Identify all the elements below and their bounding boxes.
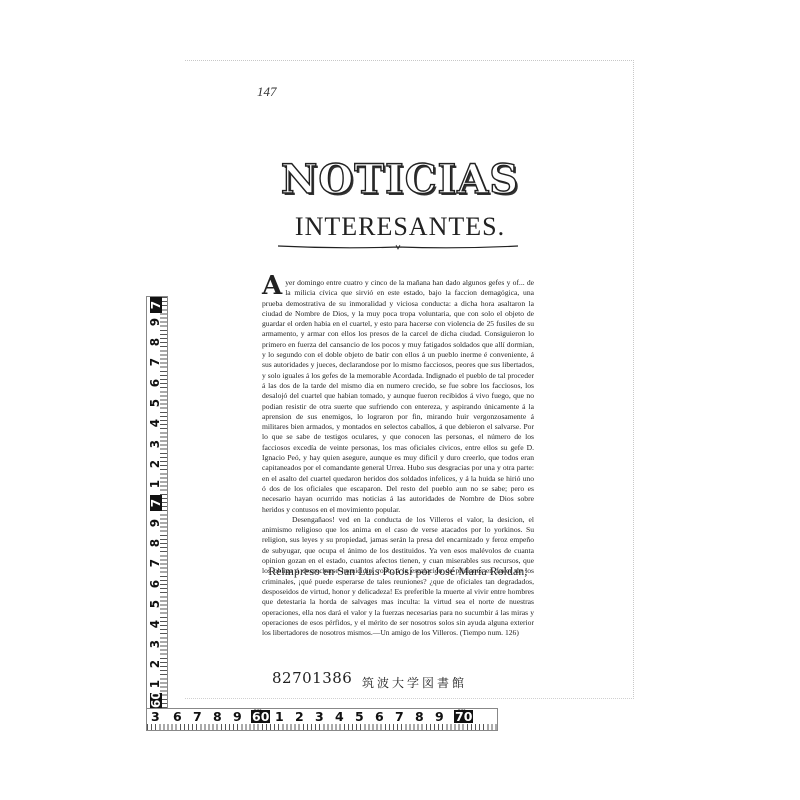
drop-cap: A bbox=[262, 276, 282, 296]
ruler-label: 4 bbox=[149, 416, 161, 430]
ruler-label: 3 bbox=[149, 437, 161, 451]
ruler-label: 8 bbox=[149, 536, 161, 550]
ruler-label: 9 bbox=[435, 710, 444, 723]
ruler-label: 9 bbox=[149, 516, 161, 530]
ruler-ticks bbox=[147, 724, 497, 730]
ruler-label: 60 bbox=[150, 693, 162, 709]
ruler-label: 2 bbox=[149, 657, 161, 671]
ruler-label: 9 bbox=[149, 315, 161, 329]
headline-title: NOTICIAS bbox=[270, 158, 530, 202]
ruler-label: 2 bbox=[295, 710, 304, 723]
ruler-label: 8 bbox=[213, 710, 222, 723]
headline-subtitle: INTERESANTES. bbox=[270, 212, 530, 242]
ruler-label: 6 bbox=[149, 376, 161, 390]
ruler-label: 3 bbox=[151, 710, 160, 723]
ruler-label: 8 bbox=[415, 710, 424, 723]
library-stamp: 筑波大学図書館 bbox=[362, 674, 467, 691]
ruler-label: 8 bbox=[149, 335, 161, 349]
ruler-label: 7 bbox=[149, 355, 161, 369]
ruler-label: 2 bbox=[149, 457, 161, 471]
ruler-label: 6 bbox=[375, 710, 384, 723]
ruler-label: 1 bbox=[275, 710, 284, 723]
ruler-label: 3 bbox=[315, 710, 324, 723]
folio-number: 147 bbox=[257, 84, 277, 100]
ruler-label: 7 bbox=[193, 710, 202, 723]
ruler-label: 6 bbox=[149, 577, 161, 591]
ruler-label: 5 bbox=[149, 597, 161, 611]
ruler-label: 1 bbox=[149, 677, 161, 691]
ruler-label: 6 bbox=[173, 710, 182, 723]
ruler-label: 70 bbox=[454, 710, 473, 723]
decorative-rule bbox=[278, 244, 518, 250]
ruler-label: 7 bbox=[150, 297, 162, 313]
ruler-label: 7 bbox=[149, 556, 161, 570]
scale-ruler-vertical: 7 9 8 7 6 5 4 3 2 1 7 9 8 7 6 5 4 3 2 1 … bbox=[146, 296, 168, 710]
ruler-label: 4 bbox=[149, 617, 161, 631]
ruler-label: 5 bbox=[149, 396, 161, 410]
ruler-label: 3 bbox=[149, 637, 161, 651]
imprint-line: Reimpreso en San Luis Potosí por José Ma… bbox=[262, 566, 534, 578]
article-body: Ayer domingo entre cuatro y cinco de la … bbox=[262, 278, 534, 638]
ruler-label: 60 bbox=[251, 710, 270, 723]
ruler-label: 5 bbox=[355, 710, 364, 723]
article-paragraph: Ayer domingo entre cuatro y cinco de la … bbox=[262, 278, 534, 515]
ruler-label: 1 bbox=[149, 477, 161, 491]
ruler-label: 7 bbox=[150, 495, 162, 511]
ruler-label: 7 bbox=[395, 710, 404, 723]
library-call-number: 82701386 bbox=[272, 669, 352, 687]
scale-ruler-horizontal: 3 6 7 8 9 cm 60 1 2 3 4 5 6 7 8 9 cm 70 bbox=[146, 708, 498, 731]
ruler-label: 9 bbox=[233, 710, 242, 723]
ruler-label: 4 bbox=[335, 710, 344, 723]
